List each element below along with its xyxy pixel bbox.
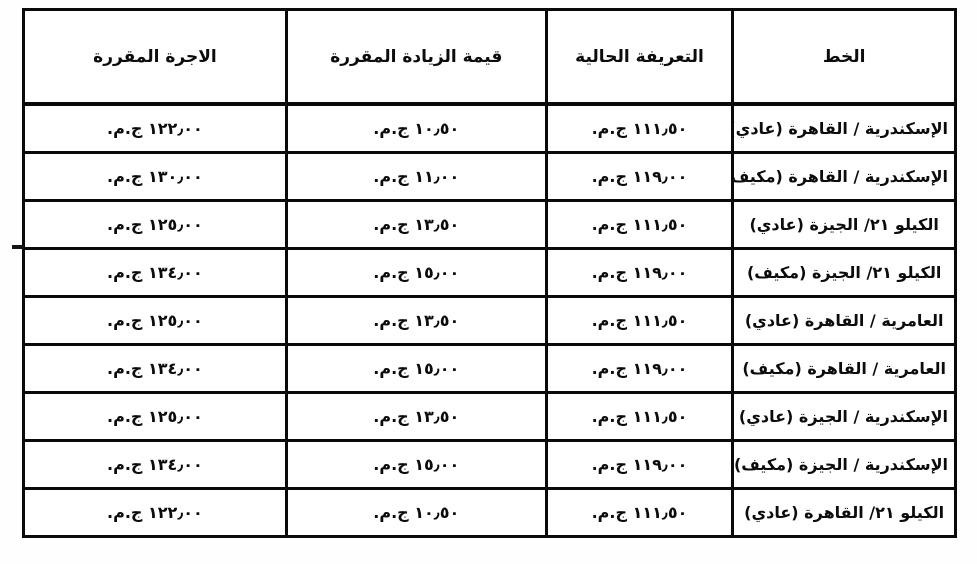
cell-line: الكيلو ٢١/ الجيزة (مكيف) — [733, 249, 956, 297]
cell-current-tariff: ١١١٫٥٠ ج.م. — [546, 393, 733, 441]
cell-current-tariff: ١١٩٫٠٠ ج.م. — [546, 345, 733, 393]
table-row: الإسكندرية / الجيزة (عادي) ١١١٫٥٠ ج.م. ١… — [24, 393, 956, 441]
cell-new-fare: ١٢٢٫٠٠ ج.م. — [24, 104, 287, 153]
table-row: الإسكندرية / الجيزة (مكيف) ١١٩٫٠٠ ج.م. ١… — [24, 441, 956, 489]
table-row: الكيلو ٢١/ الجيزة (عادي) ١١١٫٥٠ ج.م. ١٣٫… — [24, 201, 956, 249]
fare-table-header: الخط التعريفة الحالية قيمة الزيادة المقر… — [24, 10, 956, 105]
cell-current-tariff: ١١١٫٥٠ ج.م. — [546, 489, 733, 537]
cell-line: الكيلو ٢١/ القاهرة (عادي) — [733, 489, 956, 537]
cell-line: الإسكندرية / الجيزة (مكيف) — [733, 441, 956, 489]
cell-new-fare: ١٣٤٫٠٠ ج.م. — [24, 441, 287, 489]
cell-increase: ١٠٫٥٠ ج.م. — [286, 104, 546, 153]
cell-line: الإسكندرية / القاهرة (عادي) — [733, 104, 956, 153]
scan-stray-mark — [12, 245, 24, 249]
scanned-page: الخط التعريفة الحالية قيمة الزيادة المقر… — [0, 0, 977, 564]
cell-current-tariff: ١١١٫٥٠ ج.م. — [546, 297, 733, 345]
header-row: الخط التعريفة الحالية قيمة الزيادة المقر… — [24, 10, 956, 105]
table-row: العامرية / القاهرة (عادي) ١١١٫٥٠ ج.م. ١٣… — [24, 297, 956, 345]
cell-new-fare: ١٢٥٫٠٠ ج.م. — [24, 201, 287, 249]
cell-new-fare: ١٢٥٫٠٠ ج.م. — [24, 297, 287, 345]
cell-increase: ١١٫٠٠ ج.م. — [286, 153, 546, 201]
cell-increase: ١٠٫٥٠ ج.م. — [286, 489, 546, 537]
cell-current-tariff: ١١٩٫٠٠ ج.م. — [546, 249, 733, 297]
cell-new-fare: ١٣٤٫٠٠ ج.م. — [24, 249, 287, 297]
col-header-current-tariff: التعريفة الحالية — [546, 10, 733, 105]
cell-new-fare: ١٢٢٫٠٠ ج.م. — [24, 489, 287, 537]
cell-increase: ١٣٫٥٠ ج.م. — [286, 201, 546, 249]
cell-line: الإسكندرية / القاهرة (مكيف) — [733, 153, 956, 201]
cell-increase: ١٥٫٠٠ ج.م. — [286, 345, 546, 393]
cell-current-tariff: ١١٩٫٠٠ ج.م. — [546, 153, 733, 201]
cell-new-fare: ١٣٤٫٠٠ ج.م. — [24, 345, 287, 393]
cell-increase: ١٣٫٥٠ ج.م. — [286, 393, 546, 441]
table-row: الإسكندرية / القاهرة (عادي) ١١١٫٥٠ ج.م. … — [24, 104, 956, 153]
col-header-new-fare: الاجرة المقررة — [24, 10, 287, 105]
cell-current-tariff: ١١١٫٥٠ ج.م. — [546, 201, 733, 249]
cell-increase: ١٣٫٥٠ ج.م. — [286, 297, 546, 345]
cell-new-fare: ١٣٠٫٠٠ ج.م. — [24, 153, 287, 201]
cell-new-fare: ١٢٥٫٠٠ ج.م. — [24, 393, 287, 441]
table-row: العامرية / القاهرة (مكيف) ١١٩٫٠٠ ج.م. ١٥… — [24, 345, 956, 393]
cell-increase: ١٥٫٠٠ ج.م. — [286, 249, 546, 297]
col-header-increase: قيمة الزيادة المقررة — [286, 10, 546, 105]
fare-table-body: الإسكندرية / القاهرة (عادي) ١١١٫٥٠ ج.م. … — [24, 104, 956, 537]
cell-line: الكيلو ٢١/ الجيزة (عادي) — [733, 201, 956, 249]
col-header-line: الخط — [733, 10, 956, 105]
cell-current-tariff: ١١١٫٥٠ ج.م. — [546, 104, 733, 153]
table-row: الإسكندرية / القاهرة (مكيف) ١١٩٫٠٠ ج.م. … — [24, 153, 956, 201]
table-row: الكيلو ٢١/ القاهرة (عادي) ١١١٫٥٠ ج.م. ١٠… — [24, 489, 956, 537]
cell-line: الإسكندرية / الجيزة (عادي) — [733, 393, 956, 441]
fare-table: الخط التعريفة الحالية قيمة الزيادة المقر… — [22, 8, 957, 538]
cell-line: العامرية / القاهرة (عادي) — [733, 297, 956, 345]
table-row: الكيلو ٢١/ الجيزة (مكيف) ١١٩٫٠٠ ج.م. ١٥٫… — [24, 249, 956, 297]
cell-current-tariff: ١١٩٫٠٠ ج.م. — [546, 441, 733, 489]
cell-line: العامرية / القاهرة (مكيف) — [733, 345, 956, 393]
cell-increase: ١٥٫٠٠ ج.م. — [286, 441, 546, 489]
